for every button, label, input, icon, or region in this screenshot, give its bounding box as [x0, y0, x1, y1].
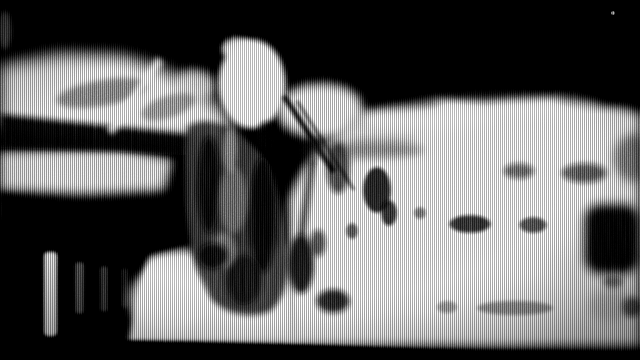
sparkle-noise [0, 0, 640, 360]
video-frame-canvas [0, 0, 640, 360]
video-frame [0, 0, 640, 360]
